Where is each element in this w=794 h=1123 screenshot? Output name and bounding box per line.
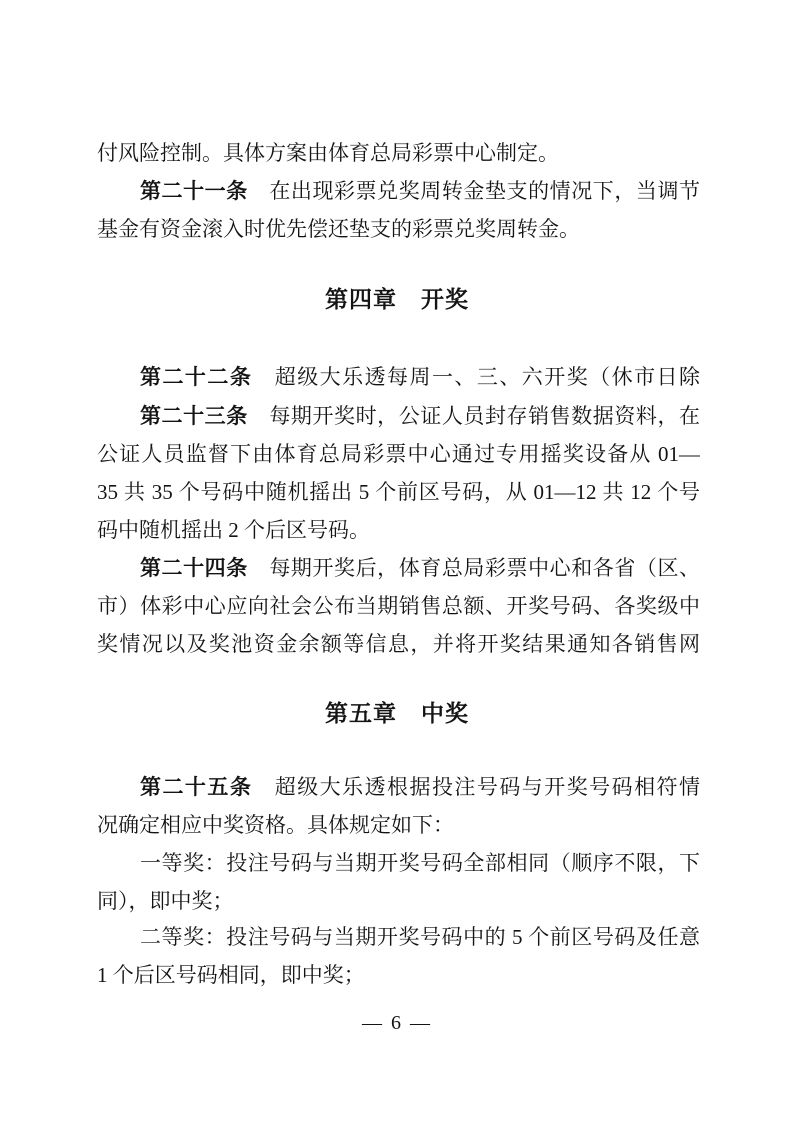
article-21: 第二十一条 在出现彩票兑奖周转金垫支的情况下，当调节基金有资金滚入时优先偿还垫支… <box>97 172 700 248</box>
text-line: 同），即中奖； <box>97 882 700 920</box>
text-line: 付风险控制。具体方案由体育总局彩票中心制定。 <box>97 134 700 172</box>
article-label: 第二十一条 <box>140 179 248 203</box>
article-25: 第二十五条 超级大乐透根据投注号码与开奖号码相符情况确定相应中奖资格。具体规定如… <box>97 768 700 844</box>
text-line: 基金有资金滚入时优先偿还垫支的彩票兑奖周转金。 <box>97 210 700 248</box>
text-line: 码中随机摇出 2 个后区号码。 <box>97 511 700 549</box>
document-page: 付风险控制。具体方案由体育总局彩票中心制定。第二十一条 在出现彩票兑奖周转金垫支… <box>0 0 794 1123</box>
chapter-5-heading: 第五章 中奖 <box>0 697 794 729</box>
text-line: 第二十四条 每期开奖后，体育总局彩票中心和各省（区、 <box>97 549 700 587</box>
article-22: 第二十二条 超级大乐透每周一、三、六开奖（休市日除外）。 <box>97 358 700 396</box>
article-label: 第二十二条 <box>140 365 252 389</box>
text-line: 第二十五条 超级大乐透根据投注号码与开奖号码相符情 <box>97 768 700 806</box>
text-line: 公证人员监督下由体育总局彩票中心通过专用摇奖设备从 01— <box>97 435 700 473</box>
article-label: 第二十五条 <box>140 775 252 799</box>
text-line: 市）体彩中心应向社会公布当期销售总额、开奖号码、各奖级中 <box>97 587 700 625</box>
article-24: 第二十四条 每期开奖后，体育总局彩票中心和各省（区、市）体彩中心应向社会公布当期… <box>97 549 700 663</box>
text-line: 第二十二条 超级大乐透每周一、三、六开奖（休市日除外）。 <box>97 358 700 396</box>
paragraph-continuation: 付风险控制。具体方案由体育总局彩票中心制定。 <box>97 134 700 172</box>
article-label: 第二十四条 <box>140 556 248 580</box>
text-line: 35 共 35 个号码中随机摇出 5 个前区号码，从 01—12 共 12 个号 <box>97 473 700 511</box>
text-line: 奖情况以及奖池资金余额等信息，并将开奖结果通知各销售网点。 <box>97 625 700 663</box>
article-label: 第二十三条 <box>140 404 248 428</box>
text-line: 一等奖：投注号码与当期开奖号码全部相同（顺序不限，下 <box>97 844 700 882</box>
text-line: 第二十一条 在出现彩票兑奖周转金垫支的情况下，当调节 <box>97 172 700 210</box>
article-23: 第二十三条 每期开奖时，公证人员封存销售数据资料，在公证人员监督下由体育总局彩票… <box>97 397 700 549</box>
chapter-4-heading: 第四章 开奖 <box>0 283 794 315</box>
page-number: — 6 — <box>0 1008 794 1038</box>
text-line: 第二十三条 每期开奖时，公证人员封存销售数据资料，在 <box>97 397 700 435</box>
second-prize-rule: 二等奖：投注号码与当期开奖号码中的 5 个前区号码及任意1 个后区号码相同，即中… <box>97 918 700 994</box>
first-prize-rule: 一等奖：投注号码与当期开奖号码全部相同（顺序不限，下同），即中奖； <box>97 844 700 920</box>
text-line: 1 个后区号码相同，即中奖； <box>97 956 700 994</box>
text-line: 二等奖：投注号码与当期开奖号码中的 5 个前区号码及任意 <box>97 918 700 956</box>
text-line: 况确定相应中奖资格。具体规定如下： <box>97 806 700 844</box>
